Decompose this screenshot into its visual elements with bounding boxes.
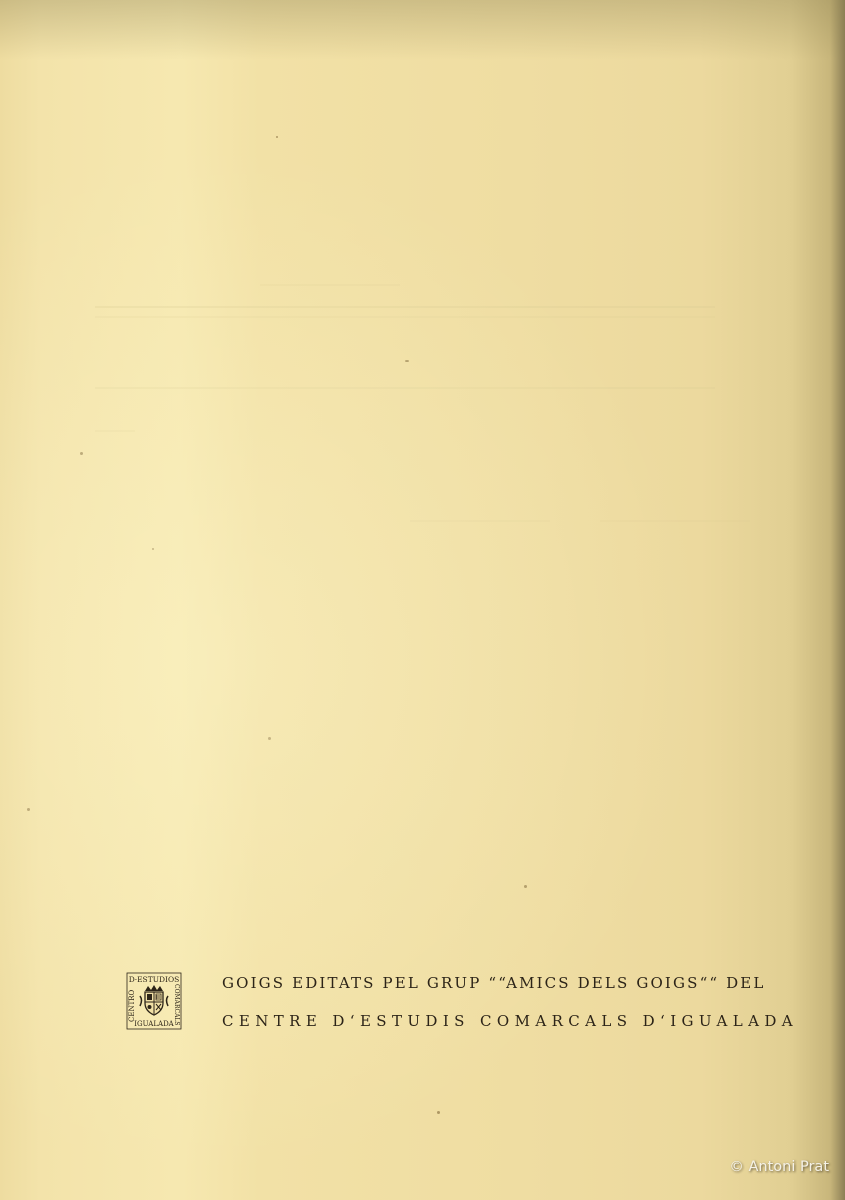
seal-top-text: D·ESTUDIOS [129, 975, 180, 984]
seal-right-text: COMARCALS [173, 984, 180, 1026]
show-through-line [260, 284, 400, 286]
colophon: D·ESTUDIOS CENTRO COMARCALS IGUALADA GOI… [126, 972, 798, 1031]
paper-speck [524, 885, 527, 888]
seal-left-text: CENTRO [128, 989, 136, 1022]
paper-speck [405, 360, 409, 362]
imprint-text: GOIGS EDITATS PEL GRUP ““AMICS DELS GOIG… [222, 972, 798, 1031]
paper-speck [80, 452, 83, 455]
paper-speck [437, 1111, 440, 1114]
imprint-line-2: CENTRE D‘ESTUDIS COMARCALS D‘IGUALADA [222, 1011, 798, 1031]
show-through-line [95, 316, 715, 318]
publisher-seal-icon: D·ESTUDIOS CENTRO COMARCALS IGUALADA [126, 972, 182, 1030]
show-through-line [600, 520, 750, 522]
paper-speck [152, 548, 154, 550]
show-through-line [95, 306, 715, 308]
show-through-line [410, 520, 550, 522]
show-through-line [95, 430, 135, 432]
imprint-line-1: GOIGS EDITATS PEL GRUP ““AMICS DELS GOIG… [222, 973, 798, 993]
paper-speck [276, 136, 278, 138]
paper-speck [27, 808, 30, 811]
copyright-watermark: © Antoni Prat [729, 1159, 829, 1175]
show-through-line [95, 387, 715, 389]
seal-bottom-text: IGUALADA [134, 1020, 174, 1028]
paper-speck [268, 737, 271, 740]
